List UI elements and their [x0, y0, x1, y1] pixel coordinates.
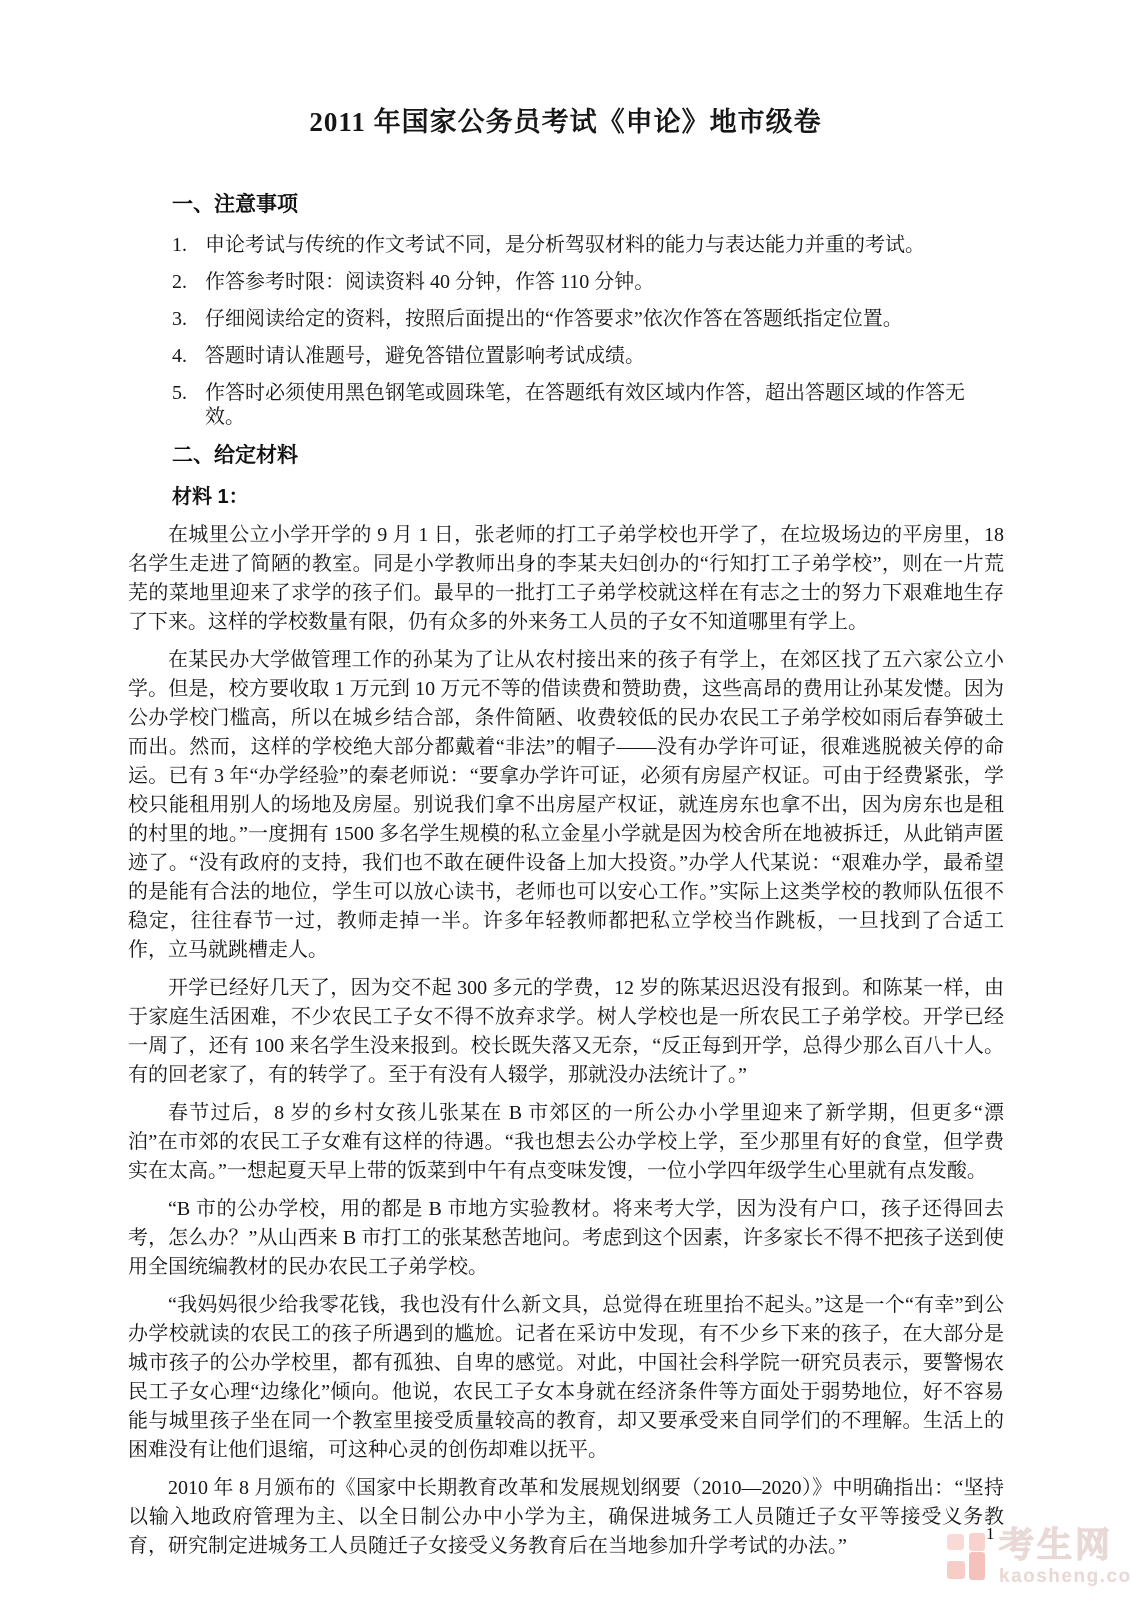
- notice-item-number: 4.: [172, 344, 205, 368]
- notice-item-number: 2.: [172, 270, 205, 294]
- material-paragraph: 在城里公立小学开学的 9 月 1 日，张老师的打工子弟学校也开学了，在垃圾场边的…: [128, 521, 1004, 637]
- notice-item: 4. 答题时请认准题号，避免答错位置影响考试成绩。: [172, 344, 1004, 368]
- material-1-label: 材料 1：: [172, 485, 1004, 509]
- notice-item-number: 3.: [172, 307, 205, 331]
- document-body: 一、注意事项 1. 申论考试与传统的作文考试不同，是分析驾驭材料的能力与表达能力…: [128, 193, 1004, 1561]
- material-paragraph: 2010 年 8 月颁布的《国家中长期教育改革和发展规划纲要（2010—2020…: [128, 1474, 1004, 1561]
- notice-item-number: 5.: [172, 381, 205, 429]
- notice-item: 1. 申论考试与传统的作文考试不同，是分析驾驭材料的能力与表达能力并重的考试。: [172, 233, 1004, 257]
- notice-list: 1. 申论考试与传统的作文考试不同，是分析驾驭材料的能力与表达能力并重的考试。 …: [128, 233, 1004, 429]
- notice-item-text: 申论考试与传统的作文考试不同，是分析驾驭材料的能力与表达能力并重的考试。: [205, 233, 1004, 257]
- document-page: 2011 年国家公务员考试《申论》地市级卷 一、注意事项 1. 申论考试与传统的…: [0, 0, 1131, 1600]
- notice-item: 5. 作答时必须使用黑色钢笔或圆珠笔，在答题纸有效区域内作答，超出答题区域的作答…: [172, 381, 1004, 429]
- material-paragraph: 在某民办大学做管理工作的孙某为了让从农村接出来的孩子有学上，在郊区找了五六家公立…: [128, 646, 1004, 965]
- notice-item-text: 作答参考时限：阅读资料 40 分钟，作答 110 分钟。: [205, 270, 1004, 294]
- notice-item-number: 1.: [172, 233, 205, 257]
- material-paragraph: “B 市的公办学校，用的都是 B 市地方实验教材。将来考大学，因为没有户口，孩子…: [128, 1195, 1004, 1282]
- material-paragraph: “我妈妈很少给我零花钱，我也没有什么新文具，总觉得在班里抬不起头。”这是一个“有…: [128, 1291, 1004, 1465]
- material-1-paragraphs: 在城里公立小学开学的 9 月 1 日，张老师的打工子弟学校也开学了，在垃圾场边的…: [128, 521, 1004, 1561]
- materials-section-heading: 二、给定材料: [172, 444, 1004, 468]
- kaosheng-logo-icon: [947, 1561, 965, 1579]
- page-title: 2011 年国家公务员考试《申论》地市级卷: [0, 0, 1131, 140]
- material-paragraph: 开学已经好几天了，因为交不起 300 多元的学费，12 岁的陈某迟迟没有报到。和…: [128, 974, 1004, 1090]
- notice-item-text: 仔细阅读给定的资料，按照后面提出的“作答要求”依次作答在答题纸指定位置。: [205, 307, 1004, 331]
- watermark-site-name: 考生网: [999, 1526, 1113, 1566]
- page-number: 1: [986, 1524, 995, 1544]
- notice-item: 2. 作答参考时限：阅读资料 40 分钟，作答 110 分钟。: [172, 270, 1004, 294]
- watermark-site-domain: kaosheng.com: [999, 1566, 1131, 1588]
- notice-item: 3. 仔细阅读给定的资料，按照后面提出的“作答要求”依次作答在答题纸指定位置。: [172, 307, 1004, 331]
- notice-item-text: 作答时必须使用黑色钢笔或圆珠笔，在答题纸有效区域内作答，超出答题区域的作答无效。: [205, 381, 1004, 429]
- notice-item-text: 答题时请认准题号，避免答错位置影响考试成绩。: [205, 344, 1004, 368]
- notice-section-heading: 一、注意事项: [172, 193, 1004, 217]
- material-paragraph: 春节过后，8 岁的乡村女孩儿张某在 B 市郊区的一所公办小学里迎来了新学期，但更…: [128, 1099, 1004, 1186]
